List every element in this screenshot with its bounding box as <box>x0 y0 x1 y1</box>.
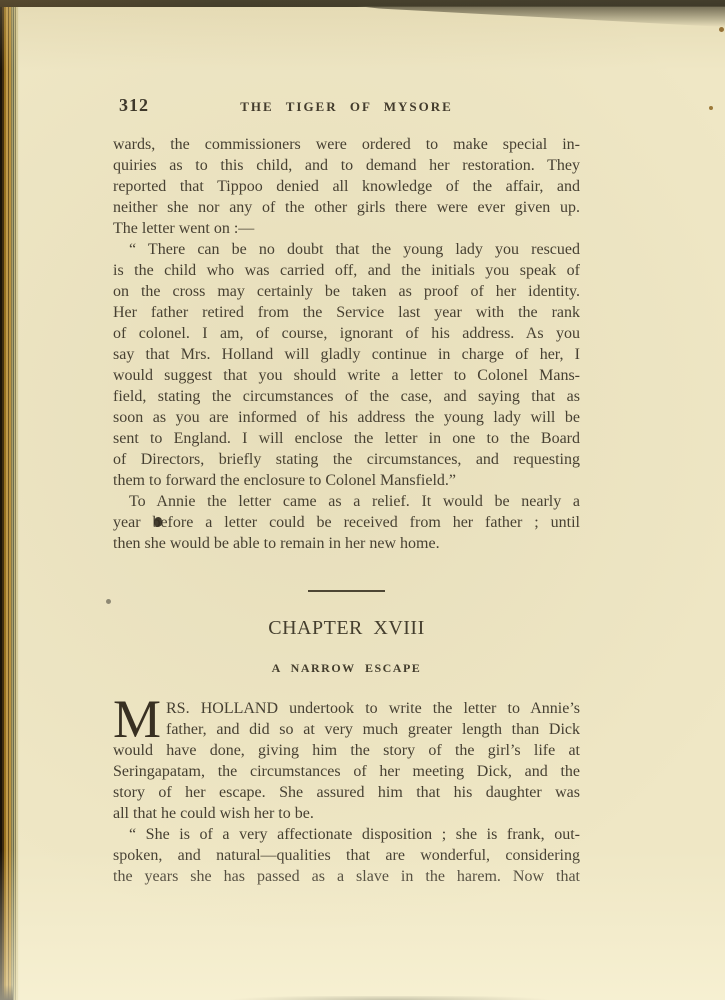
book-page-scan: 312 THE TIGER OF MYSORE wards, the commi… <box>0 0 725 1000</box>
text-line: neither she nor any of the other girls t… <box>113 197 580 218</box>
text-line: all that he could wish her to be. <box>113 803 580 824</box>
drop-cap-letter: M <box>113 698 159 740</box>
text-line: reported that Tippoo denied all knowledg… <box>113 176 580 197</box>
bottom-left-edge-shadow <box>0 985 13 1000</box>
text-line: soon as you are informed of his address … <box>113 407 580 428</box>
page-body: wards, the commissioners were ordered to… <box>113 134 580 887</box>
text-line: The letter went on :— <box>113 218 580 239</box>
paragraph: MRS. HOLLAND undertook to write the lett… <box>113 698 580 824</box>
text-line: Seringapatam, the circumstances of her m… <box>113 761 580 782</box>
book-binding-page-edges <box>0 0 20 1000</box>
text-line: then she would be able to remain in her … <box>113 533 580 554</box>
paragraph: “ There can be no doubt that the young l… <box>113 239 580 491</box>
text-line: field, stating the circumstances of the … <box>113 386 580 407</box>
running-title: THE TIGER OF MYSORE <box>113 99 580 115</box>
chapter-title: CHAPTER XVIII <box>113 617 580 639</box>
continuation-paragraphs: wards, the commissioners were ordered to… <box>113 134 580 554</box>
text-line: year before a letter could be received f… <box>113 512 580 533</box>
bottom-edge-shadow <box>230 996 550 1000</box>
running-header: 312 THE TIGER OF MYSORE <box>113 95 580 117</box>
text-line: story of her escape. She assured him tha… <box>113 782 580 803</box>
paragraph: wards, the commissioners were ordered to… <box>113 134 580 239</box>
paragraph: To Annie the letter came as a relief. It… <box>113 491 580 554</box>
text-line: would suggest that you should write a le… <box>113 365 580 386</box>
text-line: say that Mrs. Holland will gladly contin… <box>113 344 580 365</box>
text-line: “ There can be no doubt that the young l… <box>113 239 580 260</box>
ink-speck <box>719 27 724 32</box>
text-line: wards, the commissioners were ordered to… <box>113 134 580 155</box>
text-line: spoken, and natural—qualities that are w… <box>113 845 580 866</box>
text-line: “ She is of a very affectionate disposit… <box>113 824 580 845</box>
ink-speck <box>709 106 713 110</box>
text-line: would have done, giving him the story of… <box>113 740 580 761</box>
text-line: of Directors, briefly stating the circum… <box>113 449 580 470</box>
chapter-subtitle: A NARROW ESCAPE <box>113 661 580 675</box>
section-divider-rule <box>308 590 385 592</box>
text-line: the years she has passed as a slave in t… <box>113 866 580 887</box>
text-line: on the cross may certainly be taken as p… <box>113 281 580 302</box>
text-line: sent to England. I will enclose the lett… <box>113 428 580 449</box>
text-line: Her father retired from the Service last… <box>113 302 580 323</box>
text-line: father, and did so at very much greater … <box>113 719 580 740</box>
top-right-shadow <box>357 6 725 27</box>
ink-speck <box>106 599 111 604</box>
text-line: quiries as to this child, and to demand … <box>113 155 580 176</box>
text-line: of colonel. I am, of course, ignorant of… <box>113 323 580 344</box>
text-line: RS. HOLLAND undertook to write the lette… <box>113 698 580 719</box>
chapter-paragraphs: MRS. HOLLAND undertook to write the lett… <box>113 698 580 887</box>
text-line: them to forward the enclosure to Colonel… <box>113 470 580 491</box>
paragraph: “ She is of a very affectionate disposit… <box>113 824 580 887</box>
book-top-edge <box>0 0 725 7</box>
ink-blot-on-word-before <box>154 517 162 527</box>
text-line: is the child who was carried off, and th… <box>113 260 580 281</box>
text-line: To Annie the letter came as a relief. It… <box>113 491 580 512</box>
